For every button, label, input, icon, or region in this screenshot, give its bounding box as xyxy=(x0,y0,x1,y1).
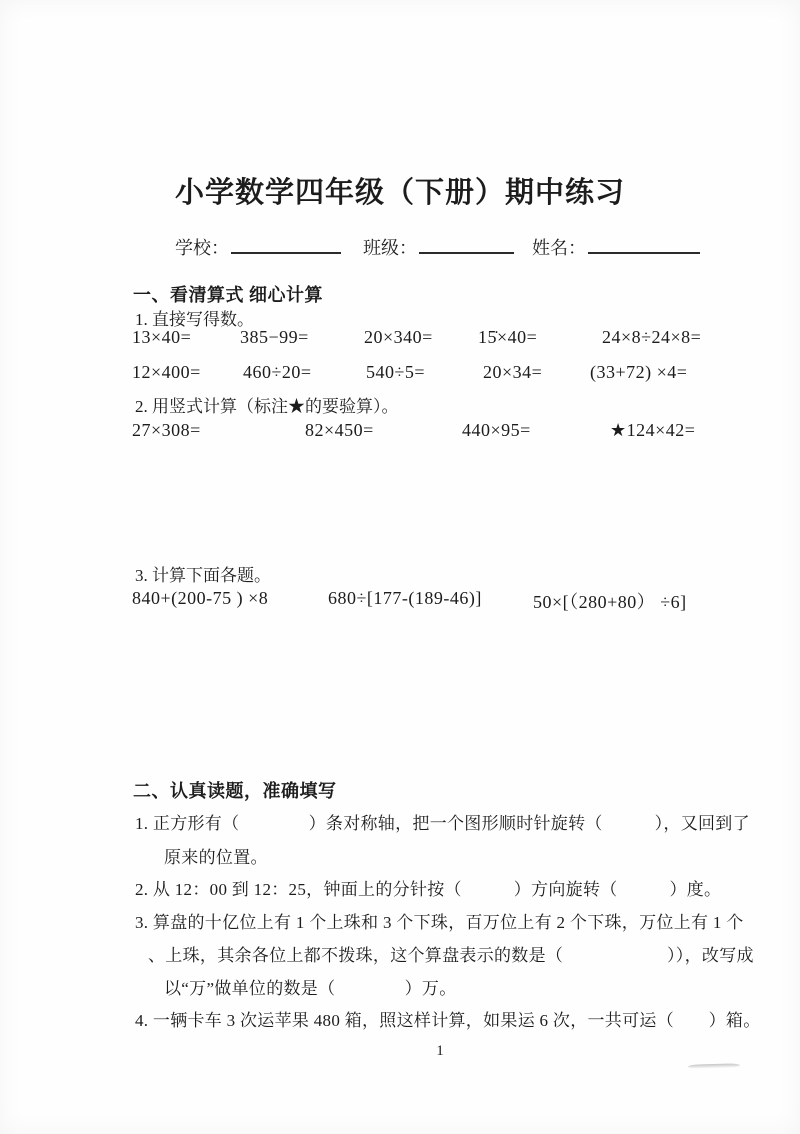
math-expression: 840+(200-75 ) ×8 xyxy=(132,588,268,609)
name-blank-line xyxy=(588,234,700,254)
fill-question-1-line-2: 原来的位置。 xyxy=(164,843,268,868)
class-blank-line xyxy=(419,234,514,254)
worksheet-page: 小学数学四年级（下册）期中练习 学校：班级：姓名： 一、看清算式 细心计算 1.… xyxy=(0,0,800,1134)
fill-question-1-line-1: 1. 正方形有（ ）条对称轴，把一个图形顺时针旋转（ ），又回到了 xyxy=(135,809,750,834)
question-3-label: 3. 计算下面各题。 xyxy=(135,561,271,586)
math-expression: 680÷[177-(189-46)] xyxy=(328,588,482,609)
fill-question-3-line-2: 、上珠，其余各位上都不拨珠，这个算盘表示的数是（ ）），改写成 xyxy=(148,941,754,966)
school-label: 学校： xyxy=(175,234,229,260)
math-expression: 15̇×40= xyxy=(478,327,537,348)
math-expression: 24×8÷24×8= xyxy=(602,327,701,348)
scan-artifact-line xyxy=(688,1063,740,1068)
fill-question-3-line-3: 以“万”做单位的数是（ ）万。 xyxy=(164,974,457,999)
math-expression: 540÷5= xyxy=(366,362,425,383)
math-expression: 50×[（280+80） ÷6] xyxy=(533,588,687,614)
class-label: 班级： xyxy=(363,234,417,260)
page-number: 1 xyxy=(360,1043,520,1060)
student-info-row: 学校：班级：姓名： xyxy=(175,234,702,260)
worksheet-title: 小学数学四年级（下册）期中练习 xyxy=(0,170,800,211)
math-expression: ★124×42= xyxy=(610,420,695,441)
section-one-heading: 一、看清算式 细心计算 xyxy=(133,281,323,307)
math-expression: 20×34= xyxy=(483,362,542,383)
math-expression: (33+72) ×4= xyxy=(590,362,687,383)
school-blank-line xyxy=(231,234,341,254)
math-expression: 460÷20= xyxy=(243,362,312,383)
fill-question-2-line-1: 2. 从 12：00 到 12：25，钟面上的分针按（ ）方向旋转（ ）度。 xyxy=(135,875,721,900)
question-2-label: 2. 用竖式计算（标注★的要验算）。 xyxy=(135,392,399,417)
math-expression: 27×308= xyxy=(132,420,201,441)
name-label: 姓名： xyxy=(532,234,586,260)
section-two-heading: 二、认真读题，准确填写 xyxy=(133,777,337,803)
math-expression: 20×340= xyxy=(364,327,433,348)
fill-question-4-line-1: 4. 一辆卡车 3 次运苹果 480 箱，照这样计算，如果运 6 次，一共可运（… xyxy=(135,1006,761,1031)
math-expression: 82×450= xyxy=(305,420,374,441)
math-expression: 13×40= xyxy=(132,327,191,348)
math-expression: 440×95= xyxy=(462,420,531,441)
math-expression: 12×400= xyxy=(132,362,201,383)
fill-question-3-line-1: 3. 算盘的十亿位上有 1 个上珠和 3 个下珠，百万位上有 2 个下珠，万位上… xyxy=(135,908,744,933)
math-expression: 385−99= xyxy=(240,327,309,348)
